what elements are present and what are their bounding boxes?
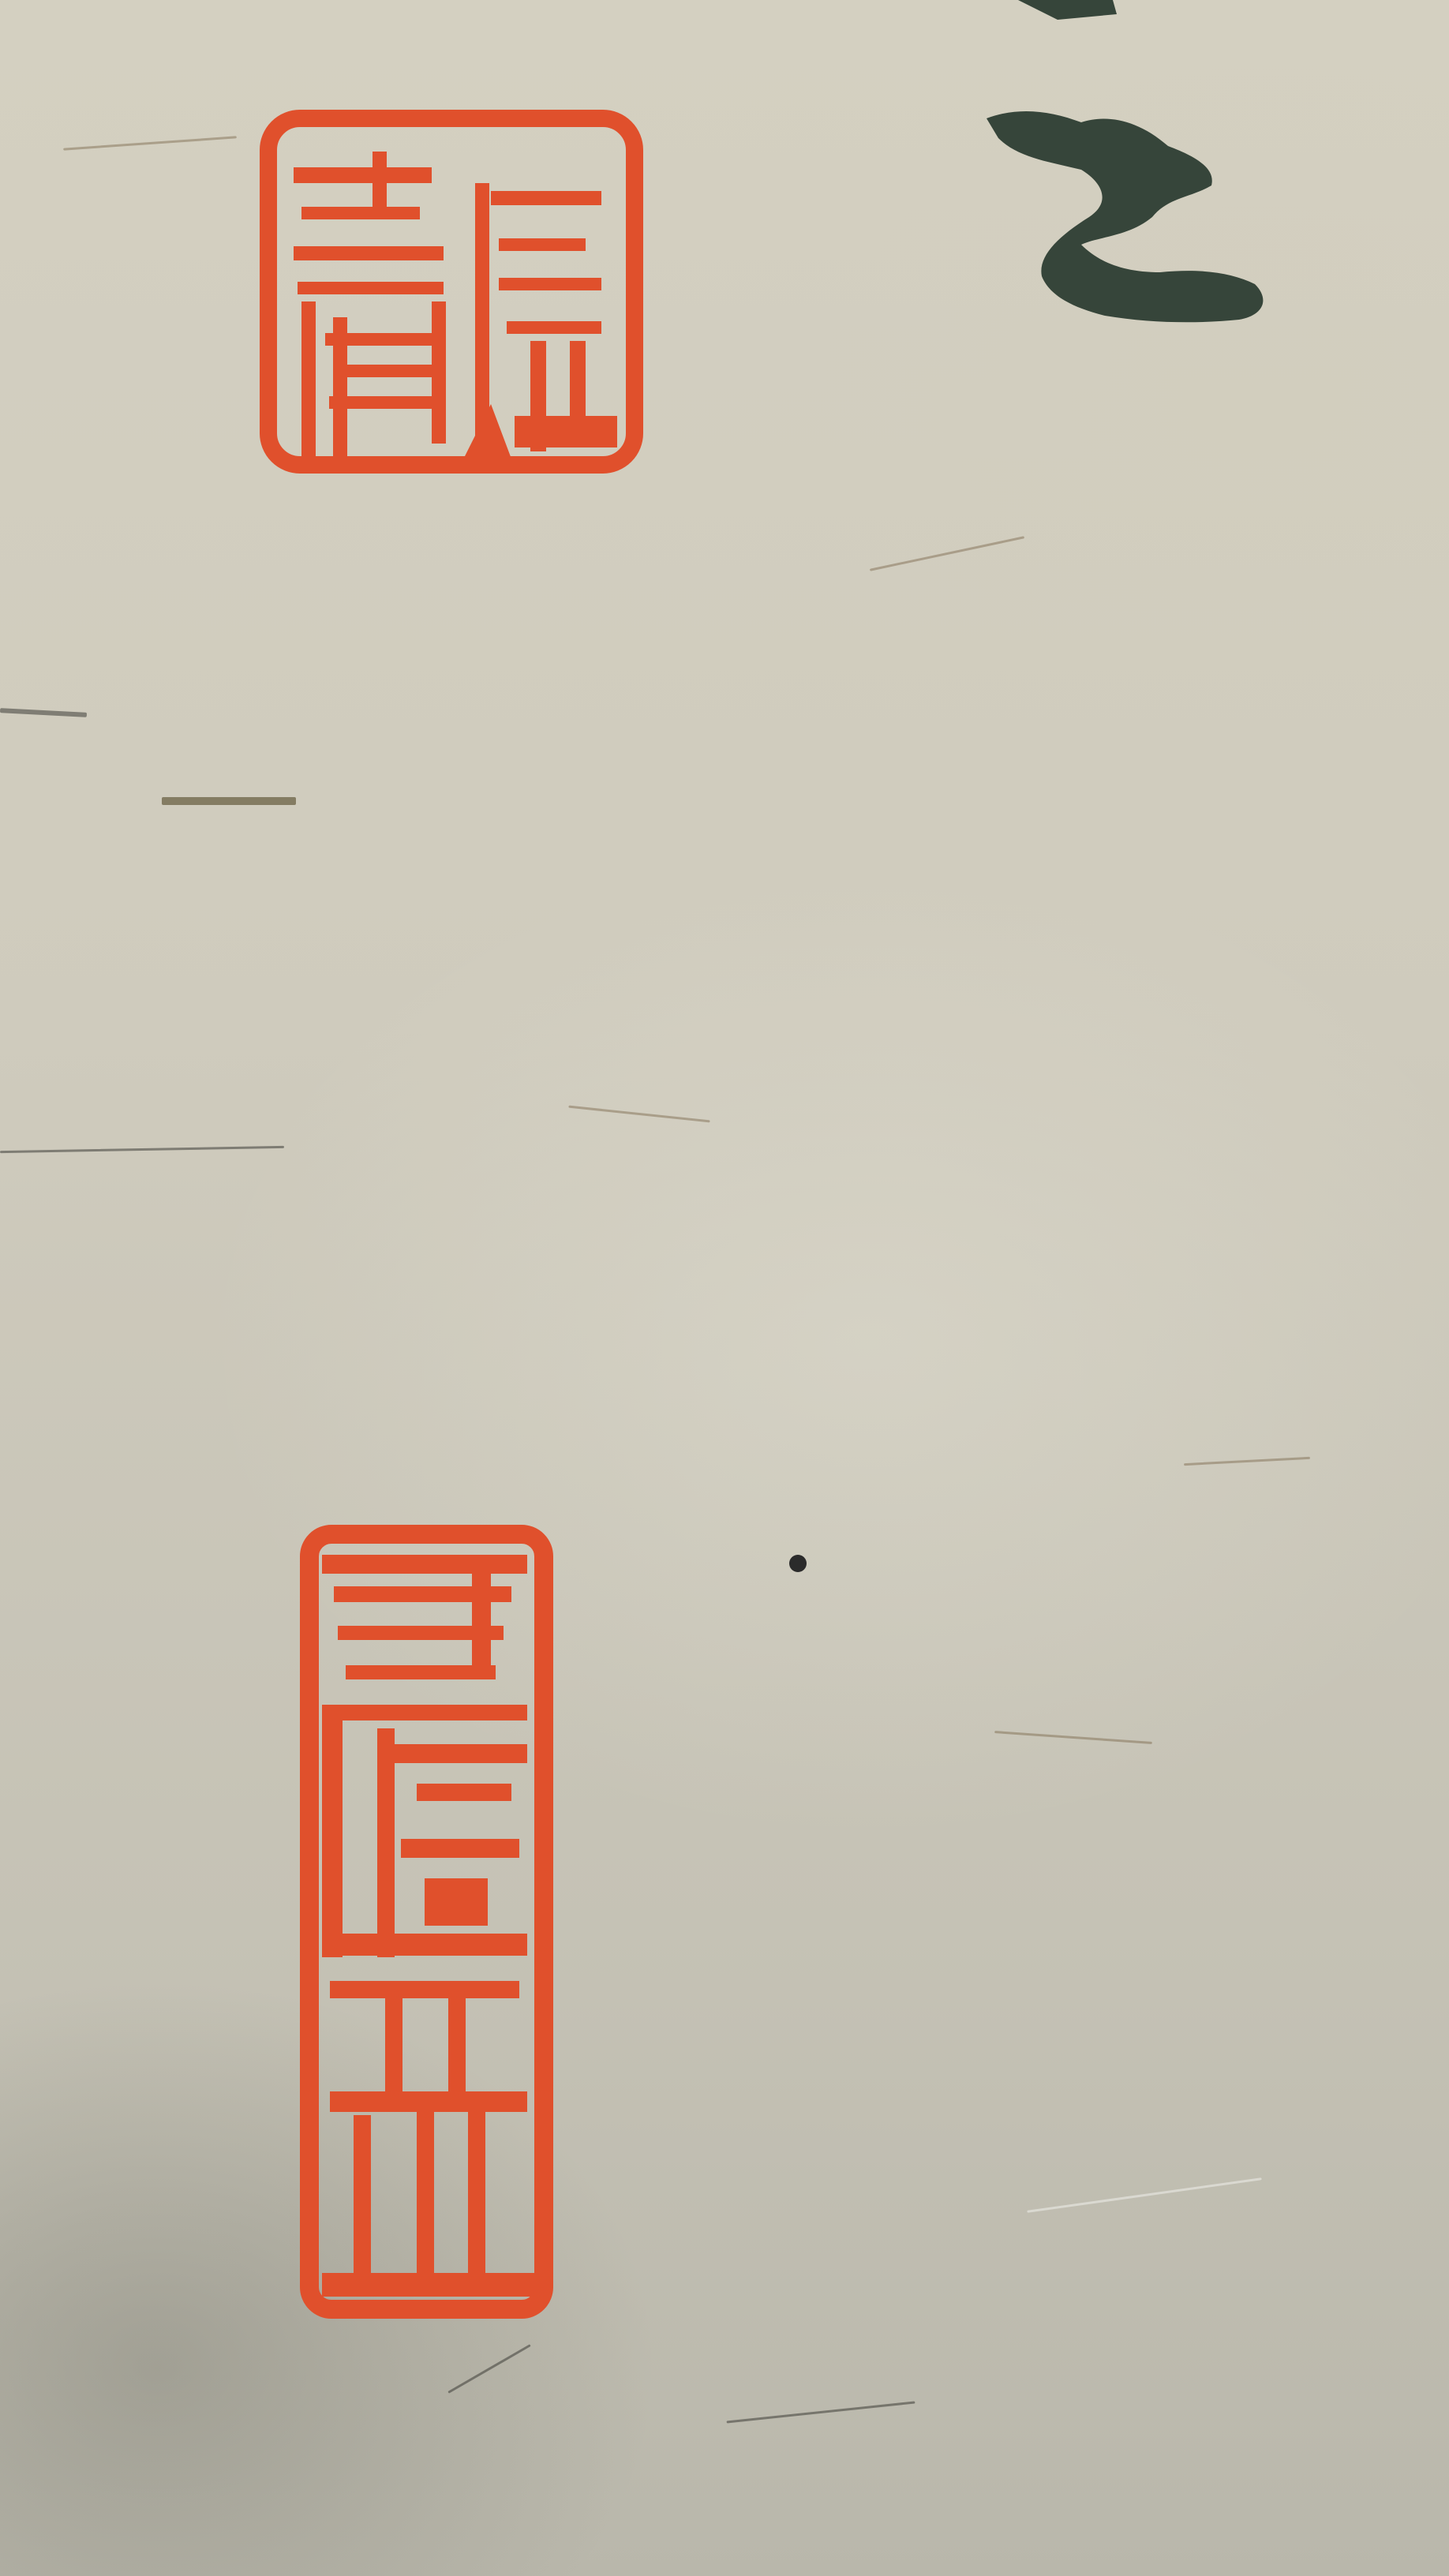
paper-fiber <box>870 536 1024 571</box>
paper-fiber <box>568 1106 710 1123</box>
rectangular-seal <box>298 1523 555 2320</box>
square-seal <box>254 104 649 479</box>
paper-fiber <box>0 708 87 717</box>
paper-fiber <box>994 1731 1152 1744</box>
paper-speck <box>789 1555 807 1572</box>
paper-fiber <box>727 2401 915 2423</box>
ink-brushstroke-icon <box>963 0 1294 339</box>
paper-fiber <box>447 2344 530 2394</box>
paper-fiber <box>0 1146 284 1153</box>
paper-fiber <box>1184 1457 1310 1466</box>
paper-fiber <box>63 136 237 150</box>
paper-fiber <box>162 797 296 805</box>
paper-background <box>0 0 1449 2576</box>
paper-fiber <box>1027 2177 1261 2213</box>
